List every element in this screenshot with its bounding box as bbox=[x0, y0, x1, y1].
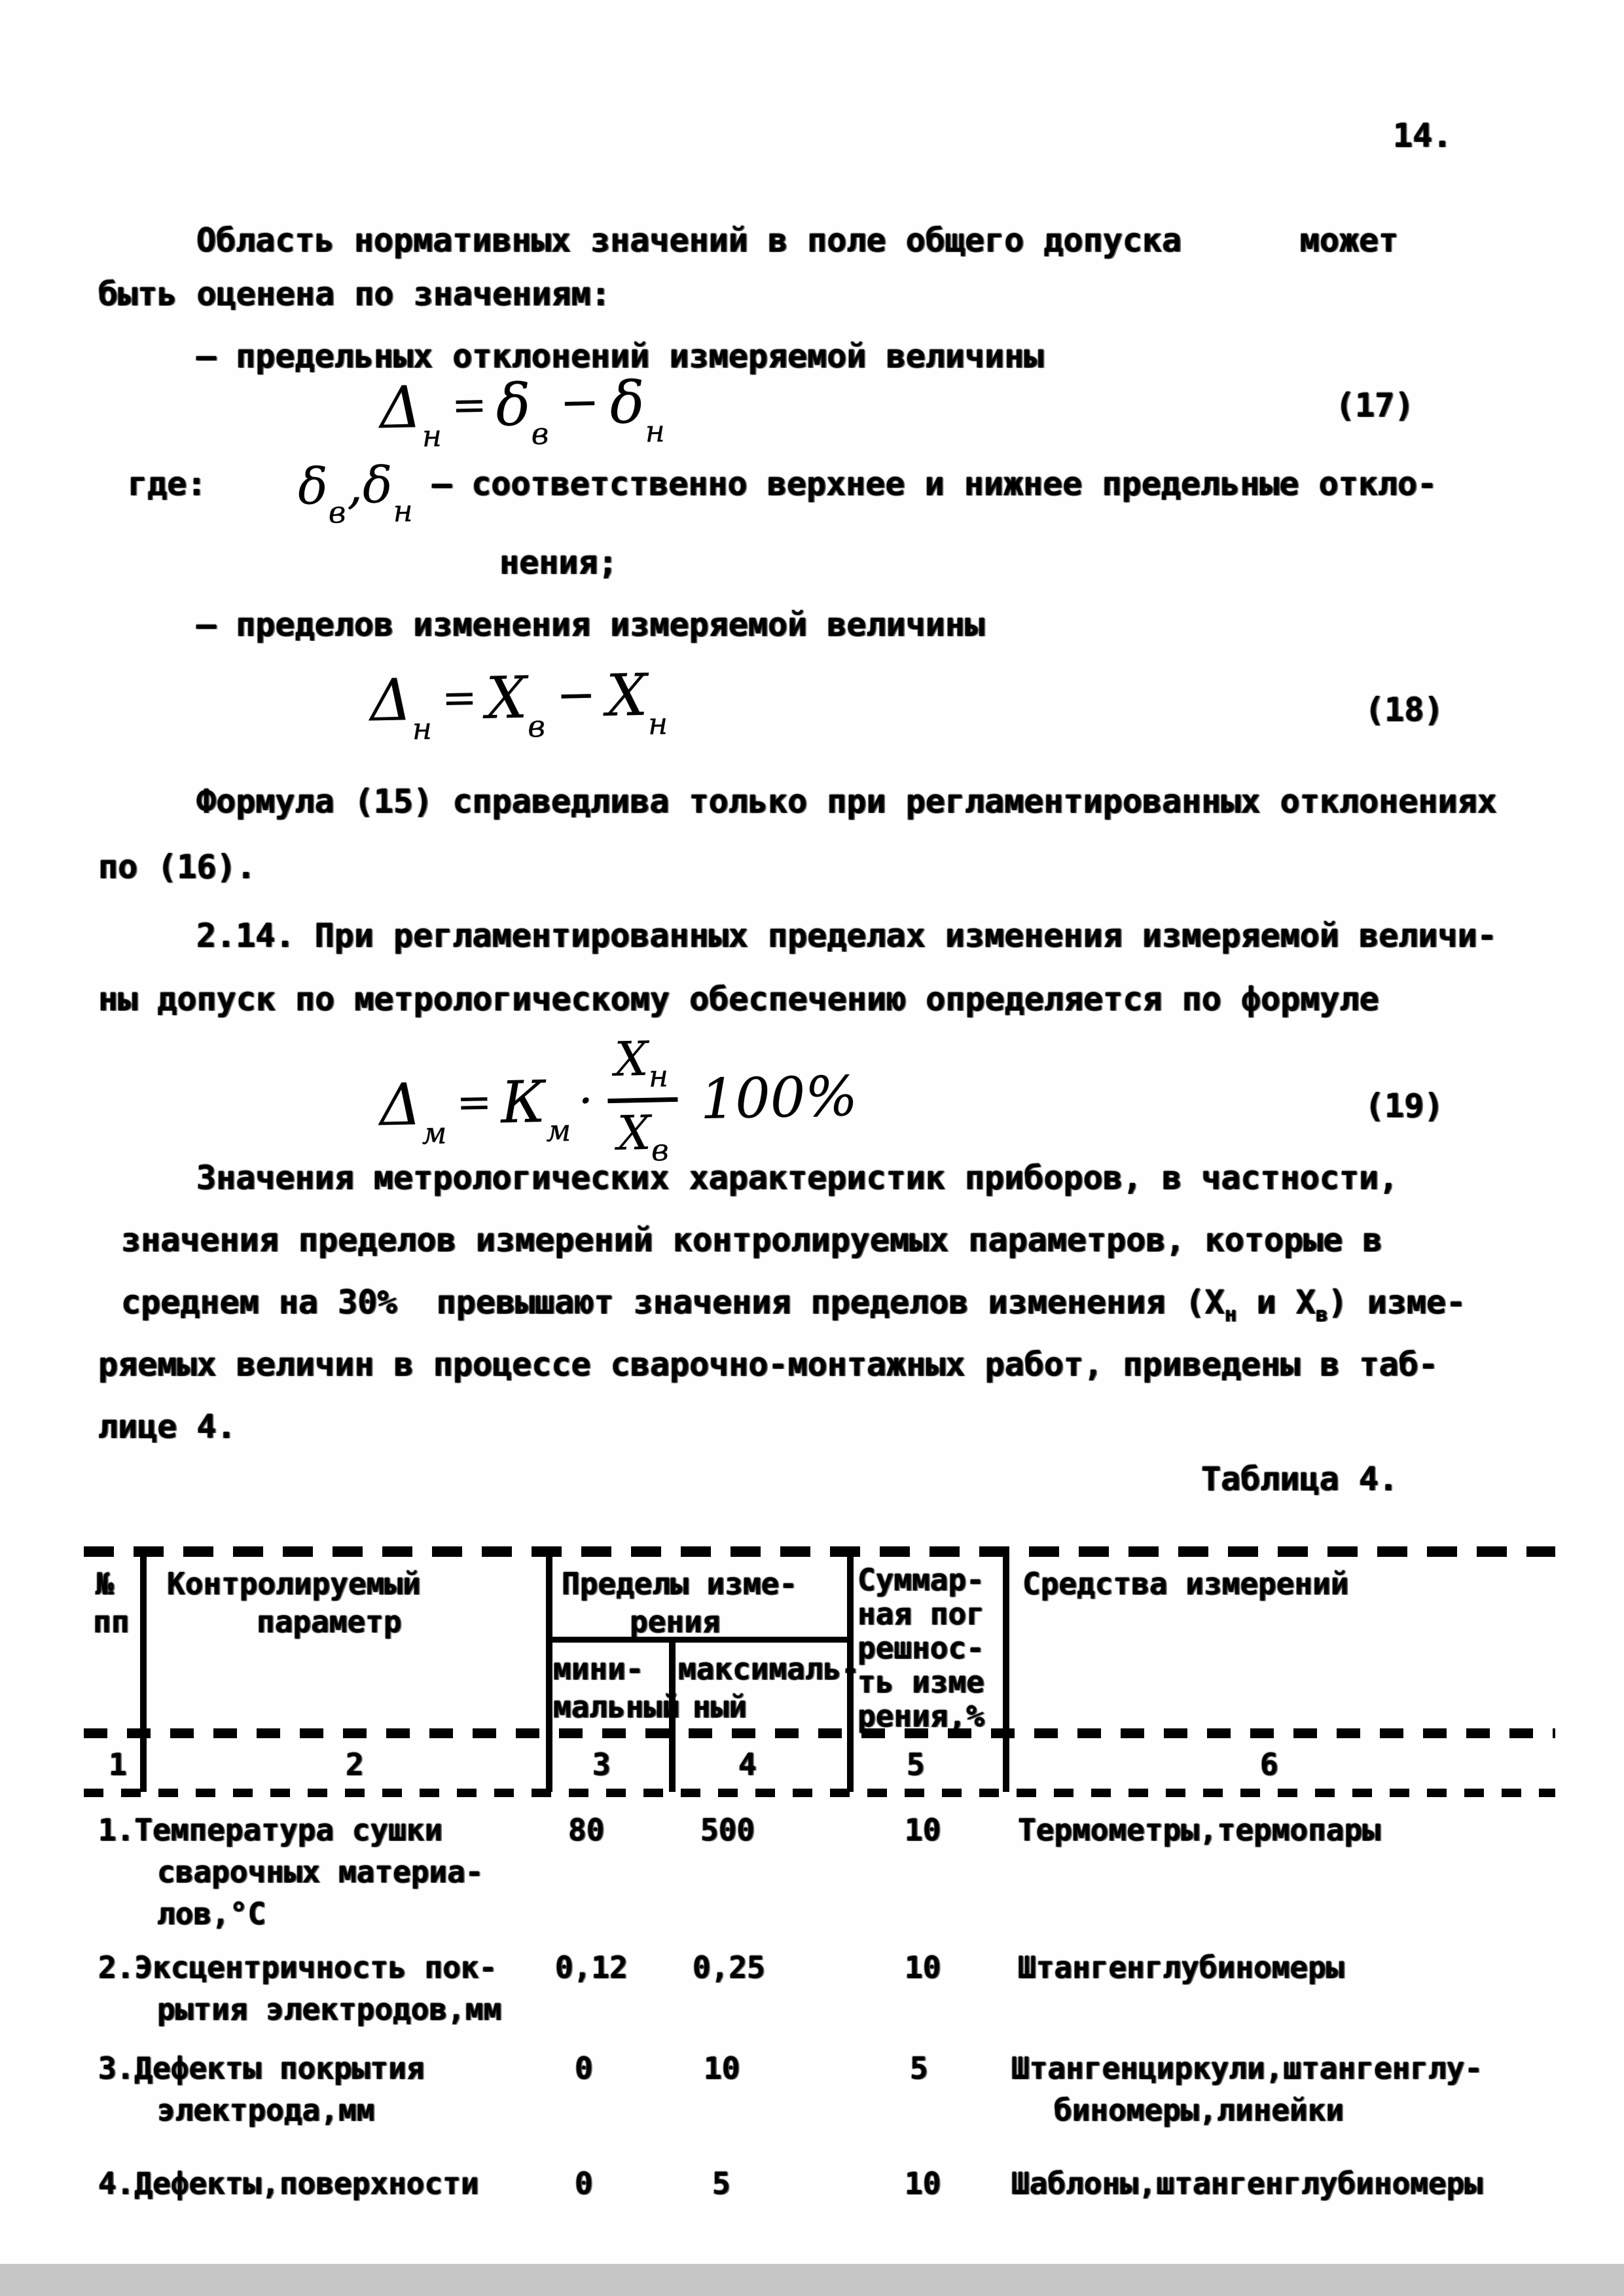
header-limits-group: Пределы изме- bbox=[562, 1566, 797, 1601]
table-row-error: 10 bbox=[905, 1812, 941, 1848]
minus-sign: − bbox=[559, 374, 600, 429]
formula-subscript: н bbox=[393, 493, 414, 529]
text-segment: ) изме- bbox=[1328, 1283, 1466, 1321]
formula-subscript: н bbox=[422, 418, 443, 454]
table-row-means: Термометры,термопары bbox=[1018, 1812, 1380, 1848]
formula-symbol: Δ bbox=[369, 666, 412, 734]
formula-number: (17) bbox=[1335, 386, 1414, 424]
header-error: ть изме bbox=[857, 1664, 984, 1700]
paragraph-line: Формула (15) справедлива только при регл… bbox=[196, 782, 1497, 820]
header-error: Суммар- bbox=[857, 1562, 984, 1597]
paragraph-line: Значения метрологических характеристик п… bbox=[196, 1159, 1398, 1197]
header-error: решнос- bbox=[857, 1630, 984, 1666]
formula-subscript: н bbox=[647, 706, 669, 742]
text-segment: среднем на 30% превышают значения предел… bbox=[121, 1283, 1225, 1321]
formula-symbol: X bbox=[617, 1105, 651, 1161]
header-min: мальный bbox=[553, 1689, 680, 1724]
formula-subscript: н bbox=[648, 1058, 670, 1094]
formula-symbol: Δ bbox=[379, 1070, 422, 1139]
comma: , bbox=[346, 456, 363, 515]
header-num: № bbox=[96, 1566, 114, 1601]
where-continuation: нения; bbox=[499, 543, 618, 581]
table-row-param: 2.Эксцентричность пок- bbox=[98, 1950, 497, 1985]
formula-subscript: м bbox=[546, 1112, 573, 1148]
header-means: Средства измерений bbox=[1022, 1566, 1349, 1601]
formula-subscript: в bbox=[328, 494, 348, 530]
table-row-param: 3.Дефекты покрытия bbox=[98, 2050, 425, 2086]
formula-symbol: δ bbox=[297, 457, 329, 516]
where-symbols: δв,δн bbox=[283, 443, 414, 543]
paragraph-line: 2.14. При регламентированных пределах из… bbox=[196, 917, 1497, 955]
formula-symbol: Δ bbox=[379, 373, 422, 441]
table-caption: Таблица 4. bbox=[1201, 1460, 1398, 1498]
formula-number: (19) bbox=[1365, 1087, 1443, 1125]
table-row-param: лов,°С bbox=[157, 1896, 266, 1931]
table-row-means: Штангенциркули,штангенглу- bbox=[1011, 2050, 1483, 2086]
paragraph-line: ряемых величин в процессе сварочно-монта… bbox=[98, 1345, 1438, 1383]
table-row-param: электрода,мм bbox=[157, 2092, 374, 2128]
header-max: ный bbox=[693, 1689, 747, 1724]
page-number: 14. bbox=[1393, 117, 1452, 155]
table-row-min: 0 bbox=[575, 2050, 593, 2086]
formula-number: (18) bbox=[1365, 691, 1443, 729]
text-segment: и X bbox=[1236, 1283, 1315, 1321]
formula-subscript: н bbox=[645, 413, 666, 449]
formula-symbol: X bbox=[486, 664, 528, 732]
table-column-divider bbox=[140, 1546, 147, 1792]
paragraph-line: Область нормативных значений в поле обще… bbox=[196, 221, 1398, 259]
table-row-param: сварочных материа- bbox=[157, 1854, 484, 1889]
table-border-header bbox=[84, 1728, 1555, 1738]
table-row-max: 0,25 bbox=[693, 1950, 765, 1985]
header-parameter: Контролируемый bbox=[167, 1566, 421, 1601]
formula-symbol: δ bbox=[362, 456, 393, 515]
equals-sign: = bbox=[456, 1078, 492, 1127]
formula-18: Δн=Xв−Xн bbox=[355, 648, 670, 760]
header-error: рения,% bbox=[857, 1698, 984, 1734]
formula-subscript: м bbox=[422, 1115, 448, 1151]
paragraph-line: лице 4. bbox=[98, 1408, 236, 1446]
table-row-param: 1.Температура сушки bbox=[98, 1812, 442, 1848]
table-row-min: 0 bbox=[575, 2166, 593, 2201]
table-row-error: 10 bbox=[905, 2166, 941, 2201]
column-number: 3 bbox=[592, 1747, 611, 1782]
table-row-min: 0,12 bbox=[555, 1950, 628, 1985]
formula-symbol: X bbox=[614, 1031, 649, 1087]
where-label: где: bbox=[128, 465, 206, 503]
equals-sign: = bbox=[441, 674, 477, 723]
column-number: 4 bbox=[738, 1747, 757, 1782]
formula-symbol: δ bbox=[496, 371, 532, 439]
table-row-param: рытия электродов,мм bbox=[157, 1992, 501, 2027]
table-row-means: Штангенглубиномеры bbox=[1018, 1950, 1344, 1985]
fraction: XнXв bbox=[606, 1030, 679, 1169]
formula-symbol: X bbox=[605, 661, 648, 729]
formula-subscript: в bbox=[531, 416, 550, 452]
scan-edge-artifact bbox=[0, 2264, 1624, 2296]
minus-sign: − bbox=[556, 666, 596, 722]
table-border-top bbox=[84, 1546, 1555, 1557]
table-row-min: 80 bbox=[568, 1812, 604, 1848]
equals-sign: = bbox=[451, 381, 487, 430]
multiply-dot: · bbox=[577, 1073, 594, 1128]
header-error: ная пог bbox=[857, 1596, 984, 1631]
paragraph-line: значения пределов измерений контролируем… bbox=[121, 1221, 1382, 1259]
subscript: н bbox=[1225, 1303, 1237, 1326]
percent-value: 100% bbox=[700, 1064, 858, 1131]
table-row-max: 500 bbox=[700, 1812, 755, 1848]
table-row-error: 10 bbox=[905, 1950, 941, 1985]
header-min: мини- bbox=[553, 1651, 643, 1686]
table-row-means: биномеры,линейки bbox=[1054, 2092, 1344, 2128]
table-column-divider bbox=[546, 1546, 552, 1792]
table-row-max: 10 bbox=[704, 2050, 740, 2086]
subscript: в bbox=[1316, 1303, 1328, 1326]
header-limits-group: рения bbox=[630, 1604, 720, 1639]
where-text: — соответственно верхнее и нижнее предел… bbox=[432, 465, 1437, 503]
column-number: 5 bbox=[907, 1747, 925, 1782]
column-number: 2 bbox=[346, 1747, 364, 1782]
table-column-divider bbox=[1003, 1546, 1009, 1792]
header-max: максималь- bbox=[678, 1651, 859, 1686]
column-number: 1 bbox=[109, 1747, 127, 1782]
table-row-max: 5 bbox=[712, 2166, 731, 2201]
table-row-param: 4.Дефекты,поверхности bbox=[98, 2166, 479, 2201]
scanned-document-page: 14. Область нормативных значений в поле … bbox=[0, 0, 1624, 2296]
formula-symbol: δ bbox=[609, 369, 645, 437]
paragraph-line: по (16). bbox=[98, 848, 256, 886]
paragraph-line: среднем на 30% превышают значения предел… bbox=[121, 1283, 1466, 1326]
paragraph-line: быть оценена по значениям: bbox=[98, 275, 611, 313]
paragraph-line: ны допуск по метрологическому обеспечени… bbox=[98, 980, 1379, 1018]
list-item: — пределов изменения измеряемой величины bbox=[196, 606, 984, 644]
header-parameter: параметр bbox=[257, 1604, 402, 1639]
formula-subscript: н bbox=[412, 711, 433, 747]
formula-symbol: К bbox=[500, 1068, 546, 1136]
table-row-means: Шаблоны,штангенглубиномеры bbox=[1011, 2166, 1483, 2201]
formula-subscript: в bbox=[528, 708, 547, 744]
table-border-subheader bbox=[84, 1789, 1555, 1797]
table-row-error: 5 bbox=[910, 2050, 928, 2086]
column-number: 6 bbox=[1260, 1747, 1278, 1782]
header-num: пп bbox=[93, 1604, 129, 1639]
